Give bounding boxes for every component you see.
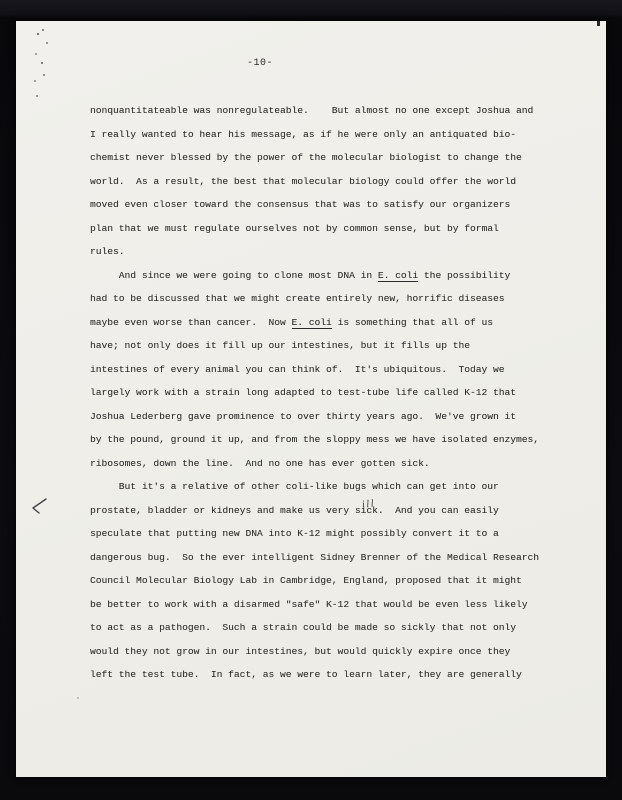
text-line: nonquantitateable was nonregulateable. B… (90, 99, 576, 123)
text-line: Joshua Lederberg gave prominence to over… (90, 405, 576, 429)
text-line: dangerous bug. So the ever intelligent S… (90, 546, 576, 570)
text-line: intestines of every animal you can think… (90, 358, 576, 382)
paper-speck (41, 62, 43, 64)
paper-speck (37, 33, 39, 35)
text-line: moved even closer toward the consensus t… (90, 193, 576, 217)
text-line: rules. (90, 240, 576, 264)
typewritten-lines: nonquantitateable was nonregulateable. B… (90, 99, 576, 687)
margin-check-icon (28, 496, 50, 516)
paper-speck (36, 95, 38, 97)
paper-speck (43, 74, 45, 76)
paper-speck (42, 29, 44, 31)
text-line: to act as a pathogen. Such a strain coul… (90, 616, 576, 640)
text-line: Council Molecular Biology Lab in Cambrid… (90, 569, 576, 593)
text-line: have; not only does it fill up our intes… (90, 334, 576, 358)
text-line: by the pound, ground it up, and from the… (90, 428, 576, 452)
handwritten-note: ill (361, 492, 377, 517)
text-line: prostate, bladder or kidneys and make us… (90, 499, 576, 523)
paper-speck (35, 53, 37, 55)
text-line: left the test tube. In fact, as we were … (90, 663, 576, 687)
document-page: -10- nonquantitateable was nonregulateab… (16, 21, 606, 777)
text-line: chemist never blessed by the power of th… (90, 146, 576, 170)
photo-background: -10- nonquantitateable was nonregulateab… (0, 0, 622, 800)
text-line: maybe even worse than cancer. Now E. col… (90, 311, 576, 335)
text-line: be better to work with a disarmed "safe"… (90, 593, 576, 617)
paper-corner-mark (597, 21, 600, 26)
text-line: speculate that putting new DNA into K-12… (90, 522, 576, 546)
text-line: But it's a relative of other coli-like b… (90, 475, 576, 499)
page-number: -10- (247, 58, 273, 69)
text-line: had to be discussed that we might create… (90, 287, 576, 311)
paper-speck (34, 80, 36, 82)
text-line: would they not grow in our intestines, b… (90, 640, 576, 664)
paper-speck (77, 697, 79, 699)
text-line: largely work with a strain long adapted … (90, 381, 576, 405)
paper-speck (46, 42, 48, 44)
text-line: And since we were going to clone most DN… (90, 264, 576, 288)
text-line: I really wanted to hear his message, as … (90, 123, 576, 147)
text-line: plan that we must regulate ourselves not… (90, 217, 576, 241)
text-line: ribosomes, down the line. And no one has… (90, 452, 576, 476)
text-line: world. As a result, the best that molecu… (90, 170, 576, 194)
